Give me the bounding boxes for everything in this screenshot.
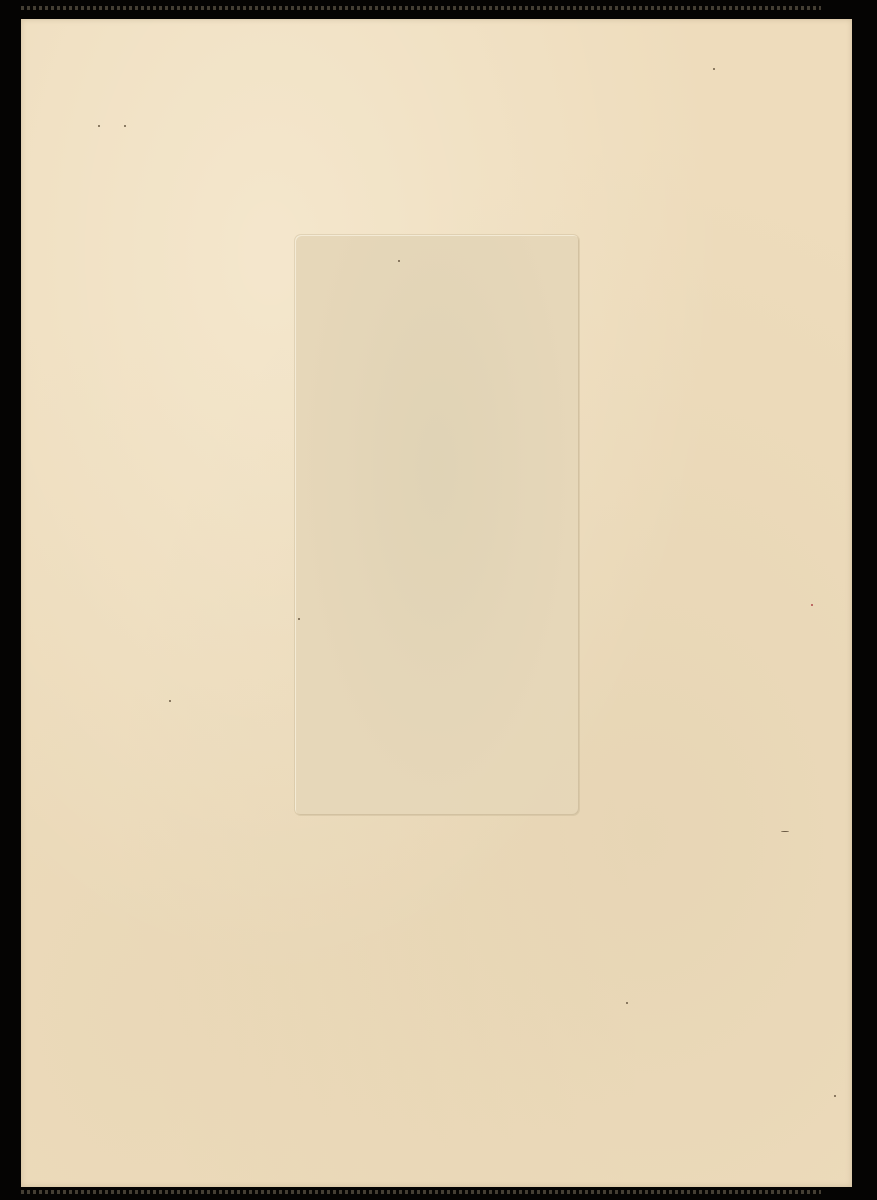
paper-speck [626, 1002, 628, 1004]
paper-speck [98, 125, 100, 127]
paper-speck [713, 68, 715, 70]
paper-speck [811, 604, 813, 606]
paper-speck [298, 618, 300, 620]
paper-speck [169, 700, 171, 702]
scan-background [0, 0, 877, 1200]
paper-sheet [21, 19, 852, 1187]
paper-speck [781, 831, 789, 832]
plate-mark [295, 235, 579, 815]
paper-speck [398, 260, 400, 262]
bottom-edge-artifact [21, 1190, 821, 1194]
paper-speck [124, 125, 126, 127]
top-edge-artifact [21, 6, 821, 10]
paper-speck [834, 1095, 836, 1097]
